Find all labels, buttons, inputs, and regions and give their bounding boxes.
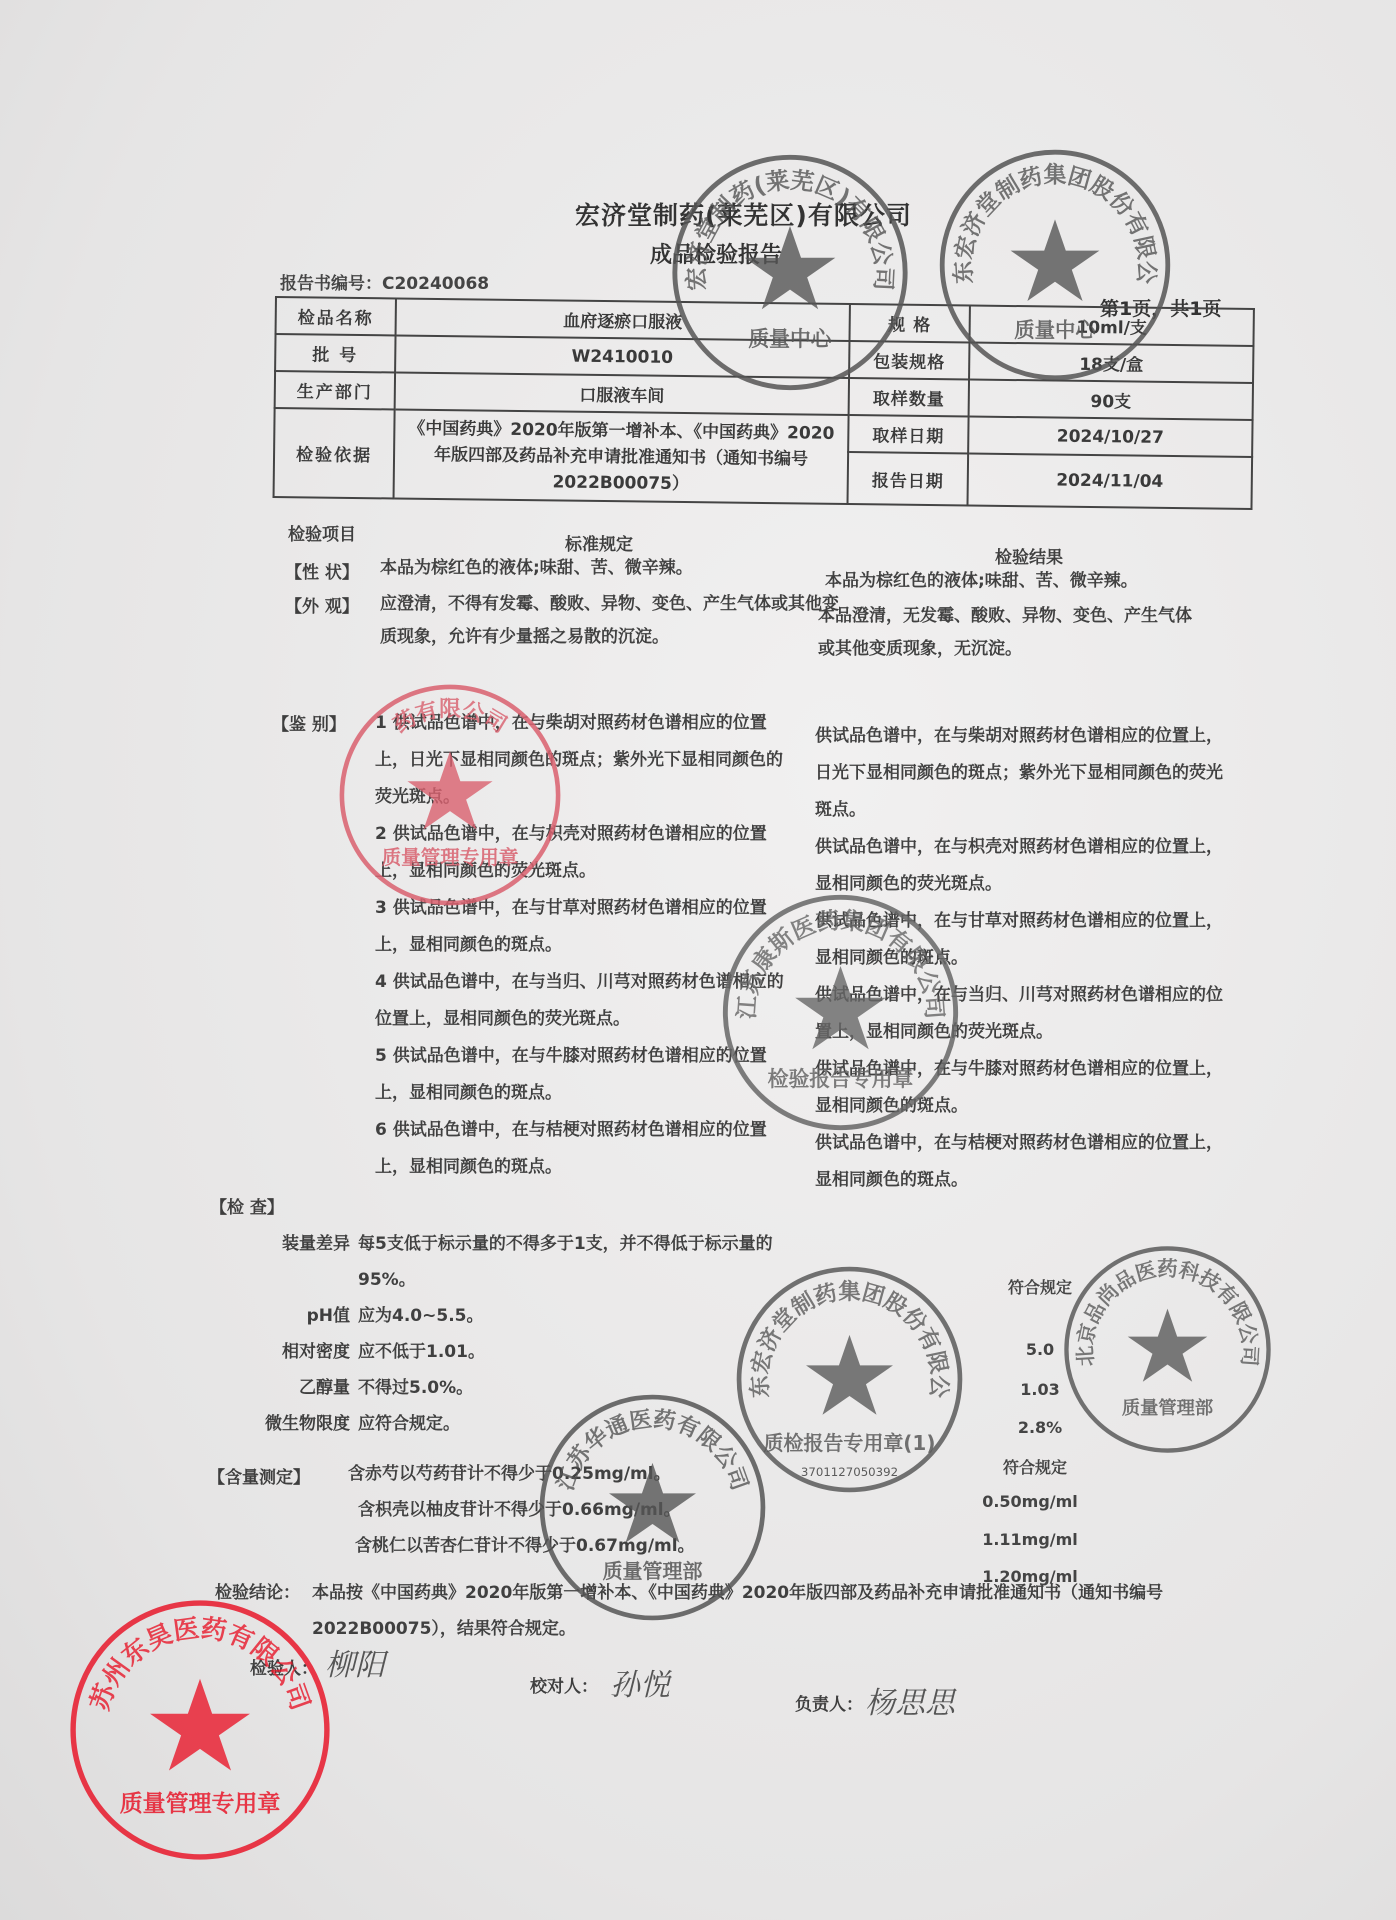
inspection-name: 相对密度 — [215, 1334, 358, 1370]
report-date-value: 2024/11/04 — [967, 453, 1252, 508]
product-name-label: 检品名称 — [276, 297, 396, 335]
svg-text:质量中心: 质量中心 — [748, 327, 832, 351]
stamp-quality-center-1: 宏济堂制药(莱芜区)有限公司质量中心 — [665, 150, 915, 395]
svg-text:药有限公司: 药有限公司 — [389, 697, 511, 739]
svg-text:质检报告专用章(1): 质检报告专用章(1) — [764, 1431, 936, 1455]
svg-text:质量中心: 质量中心 — [1014, 318, 1097, 342]
svg-text:检验报告专用章: 检验报告专用章 — [768, 1067, 914, 1091]
character-standard: 本品为棕红色的液体;味甜、苦、微辛辣。 — [380, 554, 850, 582]
character-label: 【性 状】 — [285, 558, 359, 583]
inspection-name: pH值 — [215, 1298, 358, 1334]
responsible-signature: 杨思思 — [865, 1678, 955, 1722]
inspection-row: 相对密度应不低于1.01。 — [215, 1334, 815, 1370]
assay-result-0: 0.50mg/ml — [960, 1492, 1100, 1511]
col-result-header: 检验结果 — [995, 543, 1063, 568]
report-date-label: 报告日期 — [848, 452, 969, 505]
sample-date-value: 2024/10/27 — [968, 416, 1252, 456]
stamp-quality-management-dept: 北京品尚品医药科技有限公司质量管理部 — [1060, 1242, 1275, 1457]
inspection-name: 微生物限度 — [215, 1406, 358, 1442]
svg-text:质量管理专用章: 质量管理专用章 — [120, 1790, 281, 1817]
svg-text:质量管理部: 质量管理部 — [603, 1559, 703, 1583]
identification-result-5: 供试品色谱中，在与桔梗对照药材色谱相应的位置上，显相同颜色的斑点。 — [815, 1125, 1235, 1199]
identification-result-0: 供试品色谱中，在与柴胡对照药材色谱相应的位置上，日光下显相同颜色的斑点；紫外光下… — [815, 718, 1235, 829]
inspection-row: pH值应为4.0~5.5。 — [215, 1298, 815, 1334]
appearance-label: 【外 观】 — [285, 592, 359, 617]
basis-value: 《中国药典》2020年版第一增补本、《中国药典》2020年版四部及药品补充申请批… — [394, 409, 849, 504]
inspection-name: 装量差异 — [215, 1226, 358, 1298]
inspection-name: 乙醇量 — [215, 1370, 358, 1406]
stamp-suzhou-donghao: 苏州东昊医药有限公司质量管理专用章 — [65, 1595, 335, 1865]
basis-label: 检验依据 — [274, 408, 395, 498]
stamp-huatong-pharma: 江苏华通医药有限公司质量管理部 — [535, 1390, 770, 1625]
stamp-quality-center-2: 山东宏济堂制药集团股份有限公司质量中心 — [935, 145, 1175, 385]
sample-qty-value: 90支 — [969, 379, 1253, 419]
character-result: 本品为棕红色的液体;味甜、苦、微辛辣。 — [825, 567, 1245, 595]
inspection-label: 【检 查】 — [210, 1193, 284, 1218]
appearance-result: 本品澄清，无发霉、酸败、异物、变色、产生气体或其他变质现象，无沉淀。 — [818, 600, 1208, 666]
stamp-red-pharma: 药有限公司质量管理专用章 — [335, 680, 565, 910]
svg-text:3701127050392: 3701127050392 — [801, 1465, 898, 1479]
sample-date-label: 取样日期 — [848, 415, 968, 453]
responsible-label: 负责人： — [795, 1690, 863, 1715]
svg-text:质量管理专用章: 质量管理专用章 — [382, 846, 519, 869]
batch-label: 批 号 — [275, 334, 395, 372]
appearance-standard: 应澄清，不得有发霉、酸败、异物、变色、产生气体或其他变质现象，允许有少量摇之易散… — [380, 588, 840, 654]
dept-label: 生产部门 — [275, 371, 395, 409]
col-standard-header: 标准规定 — [565, 530, 633, 555]
checker-signature: 孙悦 — [610, 1660, 670, 1704]
svg-text:质量管理部: 质量管理部 — [1122, 1397, 1214, 1419]
inspection-result-4: 符合规定 — [965, 1455, 1105, 1478]
col-item-header: 检验项目 — [288, 520, 356, 545]
inspection-row: 装量差异每5支低于标示量的不得多于1支，并不得低于标示量的95%。 — [215, 1226, 815, 1298]
stamp-inspection-report: 江苏康斯医药集团有限公司检验报告专用章 — [718, 890, 963, 1135]
report-number: 报告书编号：C20240068 — [280, 269, 489, 294]
checker-label: 校对人： — [530, 1672, 598, 1697]
assay-result-1: 1.11mg/ml — [960, 1530, 1100, 1549]
assay-label: 【含量测定】 — [208, 1463, 310, 1488]
